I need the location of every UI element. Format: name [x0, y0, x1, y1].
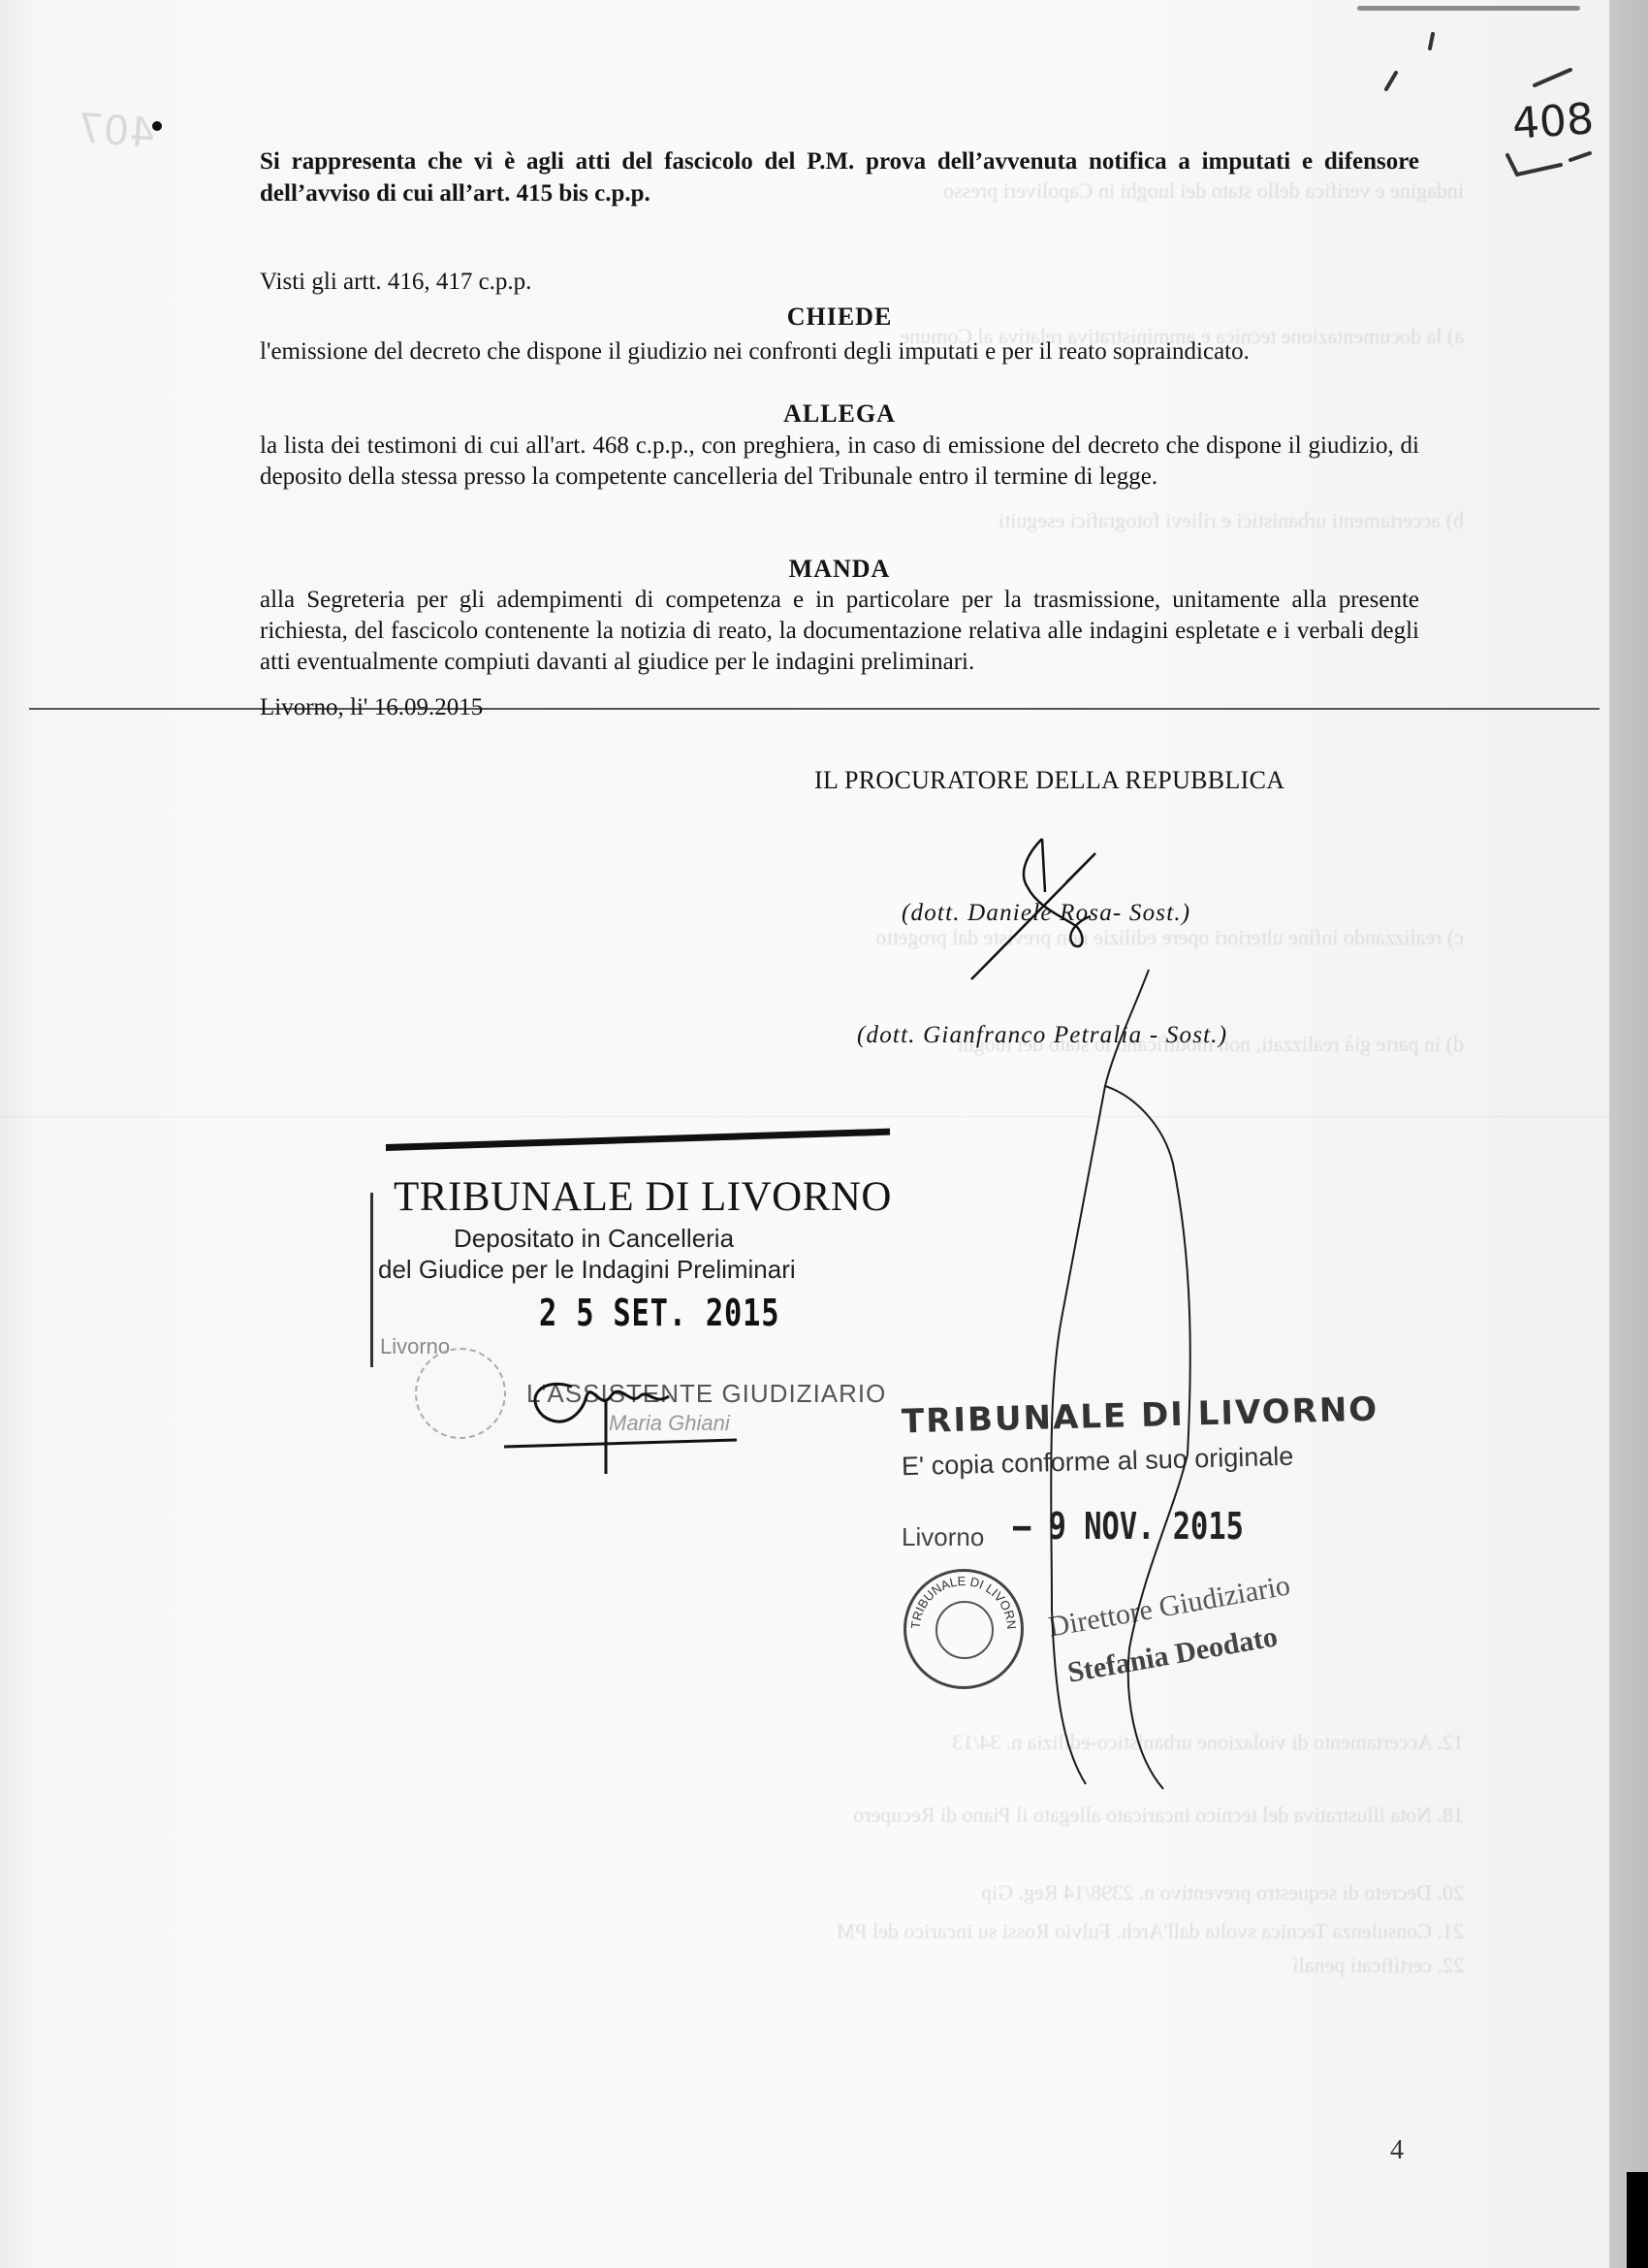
scan-border: [1627, 2172, 1648, 2268]
section-body-chiede: l'emissione del decreto che dispone il g…: [260, 336, 1419, 367]
bleed-through-text: 20. Decreto di sequestro preventivo n. 2…: [223, 1876, 1464, 1908]
faint-seal: [415, 1348, 506, 1439]
staple-mark: [1357, 6, 1580, 11]
section-heading-manda: MANDA: [260, 555, 1419, 584]
stamp-border: [370, 1193, 373, 1367]
section-heading-allega: ALLEGA: [260, 399, 1419, 429]
copy-stamp-title: TRIBUNALE DI LIVORNO: [902, 1390, 1379, 1442]
bleed-through-text: 12. Accertamento di violazione urbanisti…: [223, 1726, 1464, 1758]
stamp-line-1: Depositato in Cancelleria: [454, 1224, 734, 1254]
bleed-through-text: 22. certificati penali: [223, 1949, 1464, 1981]
stamp-role: L'ASSISTENTE GIUDIZIARIO: [526, 1379, 886, 1409]
stamp-border: [386, 1129, 890, 1151]
seal-ring-text: TRIBUNALE DI LIVORNO: [906, 1572, 1021, 1686]
office-title: IL PROCURATORE DELLA REPUBBLICA: [814, 766, 1284, 795]
signatory-petralia: (dott. Gianfranco Petralia - Sost.): [857, 1022, 1227, 1049]
notice-paragraph: Si rappresenta che vi è agli atti del fa…: [260, 145, 1419, 209]
section-heading-chiede: CHIEDE: [260, 303, 1419, 332]
signatory-rosa: (dott. Daniele Rosa- Sost.): [902, 900, 1190, 927]
copy-stamp-line: E' copia conforme al suo originale: [902, 1442, 1294, 1483]
bleed-through-text: 21. Consulenza Tecnica svolta dall'Arch.…: [223, 1915, 1464, 1947]
copy-stamp-place: Livorno: [902, 1522, 984, 1552]
copy-stamp-date: – 9 NOV. 2015: [1013, 1505, 1244, 1548]
section-body-allega: la lista dei testimoni di cui all'art. 4…: [260, 431, 1419, 493]
stamp-title: TRIBUNALE DI LIVORNO: [394, 1173, 892, 1221]
bleed-through-text: b) accertamenti urbanistici e rilievi fo…: [223, 504, 1464, 536]
page-edge-shadow: [1609, 0, 1648, 2268]
court-seal: TRIBUNALE DI LIVORNO: [903, 1569, 1024, 1689]
section-body-manda: alla Segreteria per gli adempimenti di c…: [260, 585, 1419, 678]
page-number: 4: [1390, 2135, 1404, 2166]
svg-text:TRIBUNALE DI LIVORNO: TRIBUNALE DI LIVORNO: [906, 1572, 1019, 1630]
deposit-stamp: TRIBUNALE DI LIVORNO Depositato in Cance…: [366, 1144, 890, 1435]
visti-line: Visti gli artt. 416, 417 c.p.p.: [260, 267, 1419, 298]
stamp-name: Maria Ghiani: [609, 1411, 730, 1436]
paper-fold: [0, 1115, 1609, 1118]
scanned-page: indagine e verifica dello stato dei luog…: [0, 0, 1648, 2268]
bullet-dot: [152, 121, 162, 131]
stamp-date: 2 5 SET. 2015: [539, 1292, 779, 1334]
margin-note-faint: 407: [76, 104, 156, 156]
bleed-through-text: d) in parte già realizzati, non modifica…: [223, 1028, 1464, 1060]
page-folio-number: 408: [1510, 94, 1595, 149]
stamp-line-2: del Giudice per le Indagini Preliminari: [378, 1255, 796, 1285]
place-date: Livorno, li' 16.09.2015: [260, 694, 483, 721]
bleed-through-text: 18. Nota illustrativa del tecnico incari…: [223, 1799, 1464, 1831]
bleed-through-text: c) realizzando infine ulteriori opere ed…: [223, 921, 1464, 953]
